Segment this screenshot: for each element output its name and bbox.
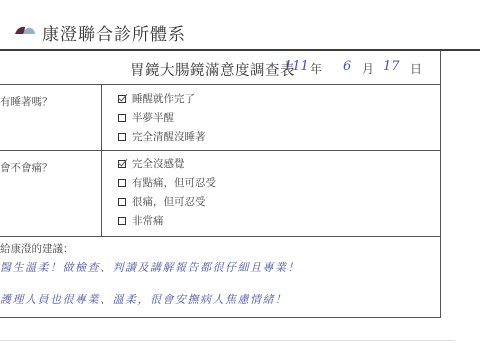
- clinic-logo-icon: [14, 25, 36, 35]
- option-very-painful-tolerable[interactable]: 很痛，但可忍受: [118, 192, 216, 211]
- page-edge-line: [0, 340, 455, 341]
- option-fully-awake[interactable]: 完全清醒沒睡著: [118, 127, 206, 146]
- comments-label: 給康澄的建議：: [0, 241, 74, 256]
- day-value: 17: [383, 59, 400, 74]
- comment-line-1: 醫生溫柔！做檢查、判讀及講解報告都很仔細且專業！: [0, 259, 300, 275]
- org-name: 康澄聯合診所體系: [42, 20, 186, 45]
- checkbox-icon[interactable]: [118, 179, 126, 187]
- option-no-feeling[interactable]: 完全沒感覺: [118, 154, 216, 173]
- question-label: 有睡著嗎？: [0, 94, 53, 109]
- question-pain: 會不會痛？ 完全沒感覺 有點痛，但可忍受 很痛，但可忍受 非常痛: [0, 151, 440, 237]
- option-extremely-painful[interactable]: 非常痛: [118, 211, 216, 230]
- checked-checkbox-icon[interactable]: [118, 160, 126, 168]
- checked-checkbox-icon[interactable]: [118, 95, 126, 103]
- comments-section: 給康澄的建議： 醫生溫柔！做檢查、判讀及講解報告都很仔細且專業！ 護理人員也很專…: [0, 237, 440, 317]
- column-divider: [101, 151, 102, 236]
- option-asleep-done[interactable]: 睡醒就作完了: [118, 89, 206, 108]
- month-value: 6: [343, 59, 351, 74]
- year-value: 111: [284, 59, 309, 74]
- comment-line-2: 護理人員也很專業、溫柔，很會安撫病人焦慮情緒！: [0, 291, 288, 307]
- month-label: 月: [362, 60, 374, 77]
- day-label: 日: [410, 60, 422, 77]
- checkbox-icon[interactable]: [118, 198, 126, 206]
- option-slight-pain[interactable]: 有點痛，但可忍受: [118, 173, 216, 192]
- column-divider: [101, 85, 102, 150]
- form-title: 胃鏡大腸鏡滿意度調查表: [130, 59, 295, 80]
- checkbox-icon[interactable]: [118, 133, 126, 141]
- survey-form: 胃鏡大腸鏡滿意度調查表 111 年 6 月 17 日 有睡著嗎？ 睡醒就作完了 …: [0, 51, 441, 318]
- option-half-asleep[interactable]: 半夢半醒: [118, 108, 206, 127]
- title-row: 胃鏡大腸鏡滿意度調查表 111 年 6 月 17 日: [0, 51, 440, 85]
- header: 康澄聯合診所體系: [0, 14, 480, 48]
- checkbox-icon[interactable]: [118, 217, 126, 225]
- question-label: 會不會痛？: [0, 160, 53, 175]
- year-label: 年: [310, 60, 322, 77]
- checkbox-icon[interactable]: [118, 114, 126, 122]
- question-sleep: 有睡著嗎？ 睡醒就作完了 半夢半醒 完全清醒沒睡著: [0, 85, 440, 151]
